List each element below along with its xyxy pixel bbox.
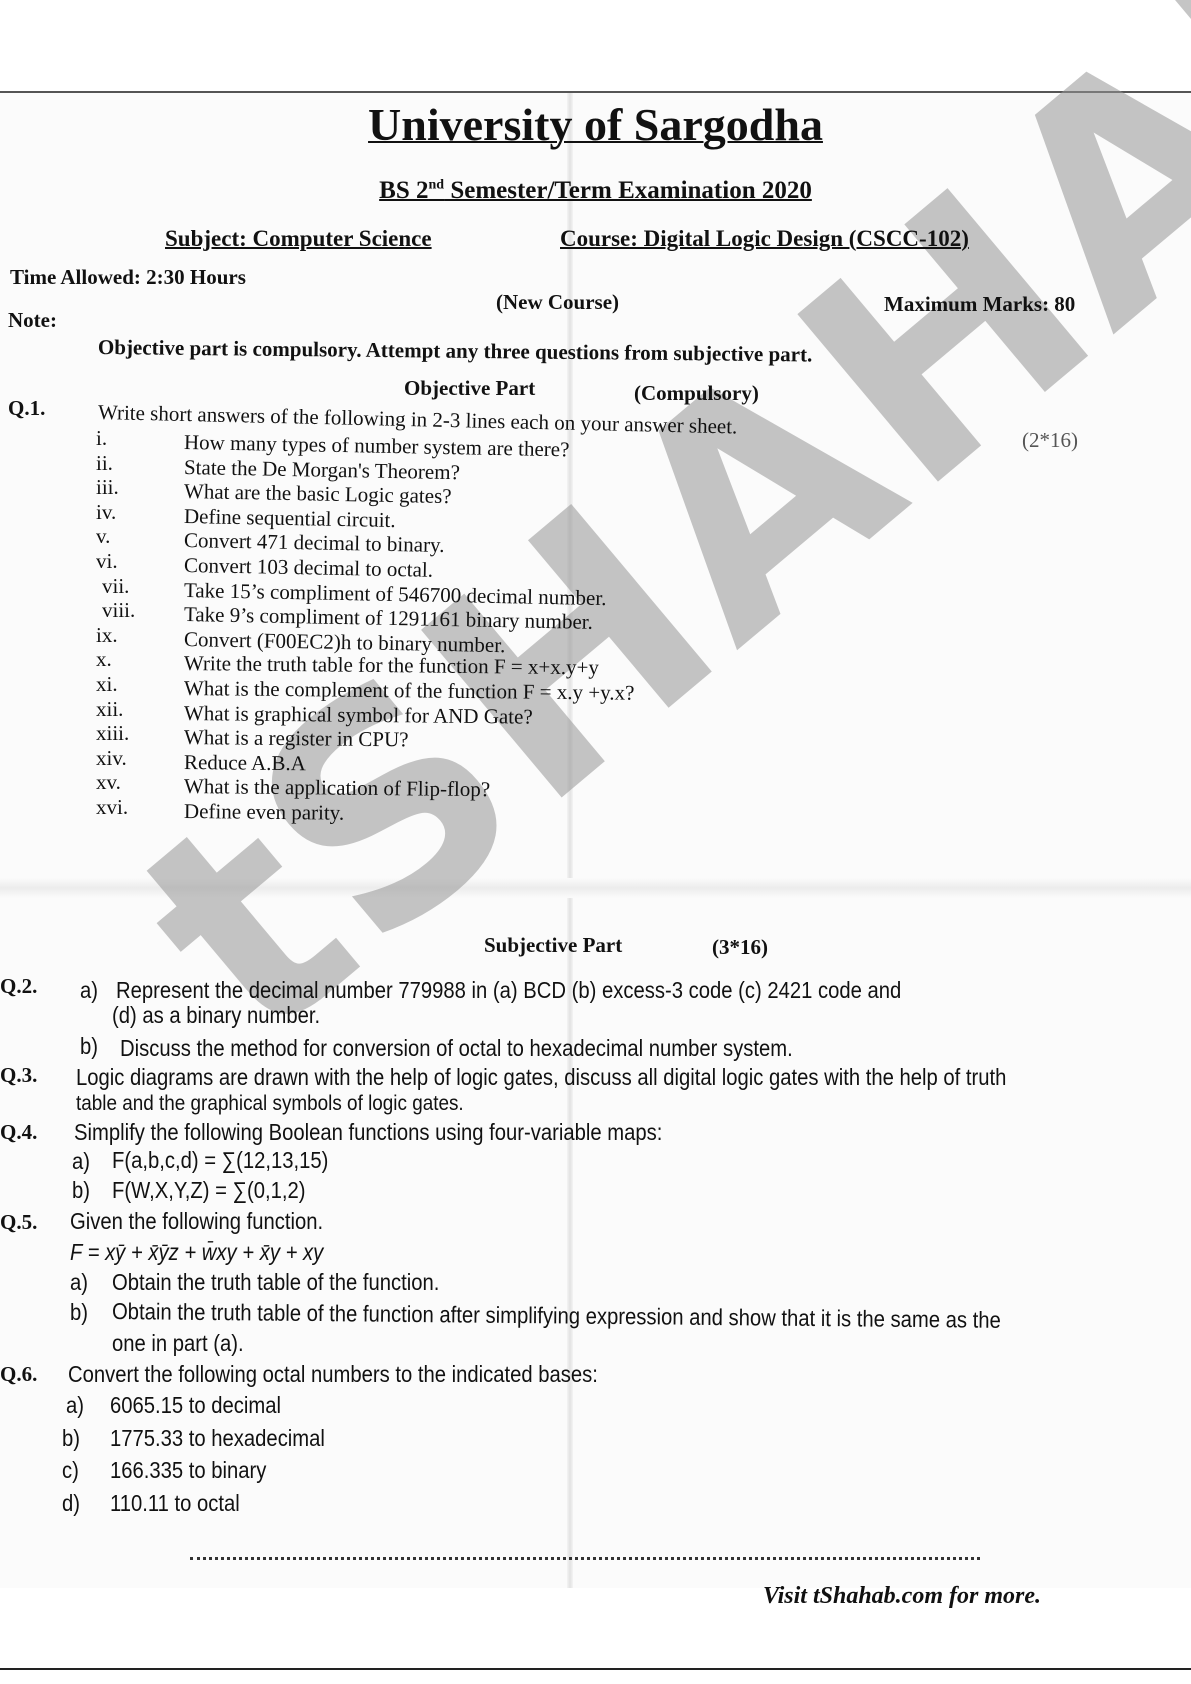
objective-item-text: Reduce A.B.A [184, 750, 306, 776]
q6-text: Convert the following octal numbers to t… [68, 1361, 598, 1388]
q6-item-text: 110.11 to octal [110, 1490, 240, 1517]
q2b-label: b) [80, 1033, 98, 1060]
q6-item-text: 6065.15 to decimal [110, 1392, 281, 1419]
q6-item-label: b) [62, 1425, 80, 1452]
q5b-label: b) [70, 1299, 88, 1326]
q2-label: Q.2. [0, 974, 37, 999]
objective-item-text: Define even parity. [184, 799, 344, 826]
objective-item-number: v. [96, 524, 110, 549]
end-divider [190, 1557, 980, 1560]
q6-item-label: c) [62, 1457, 79, 1484]
objective-heading: Objective Part [404, 376, 535, 401]
q6-item-label: a) [66, 1392, 84, 1419]
q5-text: Given the following function. [70, 1208, 323, 1235]
objective-item-number: ix. [96, 623, 118, 648]
q5a-text: Obtain the truth table of the function. [112, 1269, 439, 1296]
paper-fold-horizontal [0, 878, 1191, 898]
q6-label: Q.6. [0, 1362, 37, 1387]
q4b-label: b) [72, 1177, 90, 1204]
subject-label: Subject: Computer Science [165, 226, 432, 252]
q5b-text-cont: one in part (a). [112, 1330, 244, 1357]
objective-item-number: xii. [96, 697, 123, 722]
q4-text: Simplify the following Boolean functions… [74, 1119, 662, 1146]
course-type: (New Course) [496, 290, 619, 315]
q2a-text-cont: (d) as a binary number. [112, 1002, 320, 1029]
exam-title: BS 2nd Semester/Term Examination 2020 [0, 177, 1191, 205]
q5a-label: a) [70, 1269, 88, 1296]
q4a-label: a) [72, 1148, 90, 1175]
q4a-text: F(a,b,c,d) = ∑(12,13,15) [112, 1147, 328, 1174]
objective-item-number: vi. [96, 549, 118, 574]
note-label: Note: [8, 308, 57, 333]
q6-item-text: 166.335 to binary [110, 1457, 266, 1484]
objective-item-text: What is the application of Flip-flop? [184, 774, 490, 802]
q4b-text: F(W,X,Y,Z) = ∑(0,1,2) [112, 1177, 305, 1204]
objective-item-number: i. [96, 426, 107, 451]
objective-item-number: xiv. [96, 746, 127, 771]
course-label: Course: Digital Logic Design (CSCC-102) [560, 226, 969, 252]
time-allowed: Time Allowed: 2:30 Hours [10, 265, 246, 290]
q3-text: Logic diagrams are drawn with the help o… [76, 1064, 1006, 1091]
objective-item-number: xvi. [96, 795, 128, 820]
objective-item-number: ii. [96, 451, 113, 476]
university-title: University of Sargodha [0, 98, 1191, 151]
objective-item-number: xi. [96, 672, 118, 697]
q3-text-cont: table and the graphical symbols of logic… [76, 1092, 464, 1116]
q5-function: F = xȳ + x̄ȳz + w̄xy + x̄y + xy [70, 1239, 323, 1266]
q5-label: Q.5. [0, 1210, 37, 1235]
objective-item-number: iv. [96, 500, 116, 525]
bottom-rule [0, 1668, 1191, 1670]
objective-item-number: vii. [102, 574, 129, 599]
q6-item-text: 1775.33 to hexadecimal [110, 1425, 325, 1452]
subjective-heading: Subjective Part [484, 933, 622, 958]
objective-item-number: xv. [96, 770, 121, 795]
q1-marks: (2*16) [1022, 428, 1078, 453]
q6-item-label: d) [62, 1490, 80, 1517]
q2a-text: Represent the decimal number 779988 in (… [116, 977, 901, 1004]
footer-note: Visit tShahab.com for more. [763, 1583, 1041, 1610]
objective-item-number: x. [96, 647, 112, 672]
q1-label: Q.1. [8, 396, 45, 421]
q3-label: Q.3. [0, 1063, 37, 1088]
maximum-marks: Maximum Marks: 80 [884, 292, 1075, 317]
q2b-text: Discuss the method for conversion of oct… [120, 1035, 793, 1062]
q4-label: Q.4. [0, 1120, 37, 1145]
objective-tag: (Compulsory) [634, 381, 759, 406]
q2a-label: a) [80, 977, 98, 1004]
objective-item-number: iii. [96, 475, 119, 500]
objective-item-number: viii. [102, 598, 135, 623]
objective-item-number: xiii. [96, 721, 129, 746]
subjective-marks: (3*16) [712, 935, 768, 960]
objective-item-text: What is a register in CPU? [184, 725, 409, 752]
